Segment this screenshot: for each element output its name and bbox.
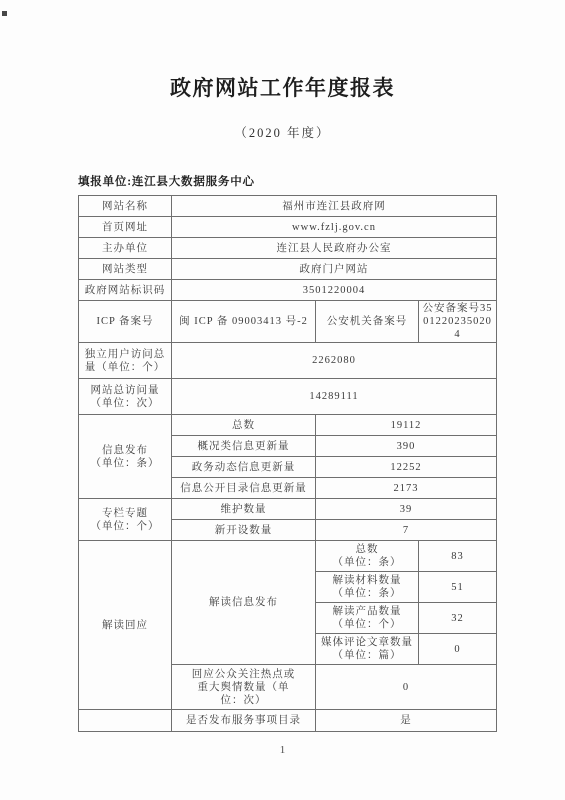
interpretation-media-label-line2: （单位：篇）	[319, 649, 415, 662]
site-type-value: 政府门户网站	[172, 259, 497, 280]
scan-artifact-mark	[2, 11, 7, 16]
table-row: 网站名称 福州市连江县政府网	[79, 196, 497, 217]
info-release-label-line1: 信息发布	[82, 444, 168, 457]
interpretation-label: 解读回应	[79, 541, 172, 710]
report-page: 政府网站工作年度报表 （2020 年度） 填报单位:连江县大数据服务中心 网站名…	[0, 0, 565, 800]
special-columns-label: 专栏专题 （单位：个）	[79, 499, 172, 541]
interpretation-total-label: 总数 （单位：条）	[316, 541, 419, 572]
table-row: 网站类型 政府门户网站	[79, 259, 497, 280]
site-name-value: 福州市连江县政府网	[172, 196, 497, 217]
annual-report-table: 网站名称 福州市连江县政府网 首页网址 www.fzlj.gov.cn 主办单位…	[78, 195, 497, 732]
special-columns-label-line1: 专栏专题	[82, 507, 168, 520]
info-release-overview-label: 概况类信息更新量	[172, 436, 316, 457]
total-visits-label-line1: 网站总访问量	[82, 384, 168, 397]
interpretation-materials-label-line2: （单位：条）	[319, 587, 415, 600]
interpretation-media-value: 0	[419, 634, 497, 665]
interpretation-products-label-line2: （单位：个）	[319, 618, 415, 631]
interpretation-release-label: 解读信息发布	[172, 541, 316, 665]
info-release-label-line2: （单位：条）	[82, 457, 168, 470]
page-number: 1	[0, 744, 565, 756]
icp-label: ICP 备案号	[79, 301, 172, 343]
interpretation-materials-value: 51	[419, 572, 497, 603]
empty-cell	[79, 710, 172, 732]
table-row: 独立用户访问总量（单位：个） 2262080	[79, 343, 497, 379]
total-visits-value: 14289111	[172, 379, 497, 415]
interpretation-products-label: 解读产品数量 （单位：个）	[316, 603, 419, 634]
site-code-value: 3501220004	[172, 280, 497, 301]
total-visits-label: 网站总访问量 （单位：次）	[79, 379, 172, 415]
hot-response-label-text: 回应公众关注热点或重大舆情数量（单位：次）	[188, 668, 300, 707]
table-row: 信息发布 （单位：条） 总数 19112	[79, 415, 497, 436]
interpretation-total-label-line2: （单位：条）	[319, 556, 415, 569]
info-release-total-label: 总数	[172, 415, 316, 436]
interpretation-products-value: 32	[419, 603, 497, 634]
page-title: 政府网站工作年度报表	[0, 0, 565, 102]
table-row: 专栏专题 （单位：个） 维护数量 39	[79, 499, 497, 520]
special-columns-maintained-label: 维护数量	[172, 499, 316, 520]
unique-visitors-value: 2262080	[172, 343, 497, 379]
table-row: 解读回应 解读信息发布 总数 （单位：条） 83	[79, 541, 497, 572]
table-row: 主办单位 连江县人民政府办公室	[79, 238, 497, 259]
info-release-dynamics-value: 12252	[316, 457, 497, 478]
site-type-label: 网站类型	[79, 259, 172, 280]
icp-value: 闽 ICP 备 09003413 号-2	[172, 301, 316, 343]
interpretation-total-label-line1: 总数	[319, 543, 415, 556]
service-catalog-value: 是	[316, 710, 497, 732]
info-release-total-value: 19112	[316, 415, 497, 436]
site-name-label: 网站名称	[79, 196, 172, 217]
info-release-catalog-label: 信息公开目录信息更新量	[172, 478, 316, 499]
psb-value: 公安备案号35012202350204	[419, 301, 497, 343]
unique-visitors-label: 独立用户访问总量（单位：个）	[79, 343, 172, 379]
reporting-unit-label: 填报单位:连江县大数据服务中心	[78, 173, 565, 189]
info-release-catalog-value: 2173	[316, 478, 497, 499]
homepage-label: 首页网址	[79, 217, 172, 238]
interpretation-products-label-line1: 解读产品数量	[319, 605, 415, 618]
interpretation-materials-label-line1: 解读材料数量	[319, 574, 415, 587]
table-row: 网站总访问量 （单位：次） 14289111	[79, 379, 497, 415]
special-columns-label-line2: （单位：个）	[82, 520, 168, 533]
site-code-label: 政府网站标识码	[79, 280, 172, 301]
table-row: ICP 备案号 闽 ICP 备 09003413 号-2 公安机关备案号 公安备…	[79, 301, 497, 343]
info-release-label: 信息发布 （单位：条）	[79, 415, 172, 499]
special-columns-new-label: 新开设数量	[172, 520, 316, 541]
table-row: 政府网站标识码 3501220004	[79, 280, 497, 301]
special-columns-new-value: 7	[316, 520, 497, 541]
hot-response-label: 回应公众关注热点或重大舆情数量（单位：次）	[172, 665, 316, 710]
psb-label: 公安机关备案号	[316, 301, 419, 343]
info-release-overview-value: 390	[316, 436, 497, 457]
table-row: 首页网址 www.fzlj.gov.cn	[79, 217, 497, 238]
homepage-value: www.fzlj.gov.cn	[172, 217, 497, 238]
table-row: 是否发布服务事项目录 是	[79, 710, 497, 732]
service-catalog-label: 是否发布服务事项目录	[172, 710, 316, 732]
info-release-dynamics-label: 政务动态信息更新量	[172, 457, 316, 478]
interpretation-media-label: 媒体评论文章数量 （单位：篇）	[316, 634, 419, 665]
hot-response-value: 0	[316, 665, 497, 710]
interpretation-media-label-line1: 媒体评论文章数量	[319, 636, 415, 649]
page-subtitle: （2020 年度）	[0, 123, 565, 141]
special-columns-maintained-value: 39	[316, 499, 497, 520]
sponsor-value: 连江县人民政府办公室	[172, 238, 497, 259]
interpretation-materials-label: 解读材料数量 （单位：条）	[316, 572, 419, 603]
interpretation-total-value: 83	[419, 541, 497, 572]
sponsor-label: 主办单位	[79, 238, 172, 259]
total-visits-label-line2: （单位：次）	[82, 397, 168, 410]
